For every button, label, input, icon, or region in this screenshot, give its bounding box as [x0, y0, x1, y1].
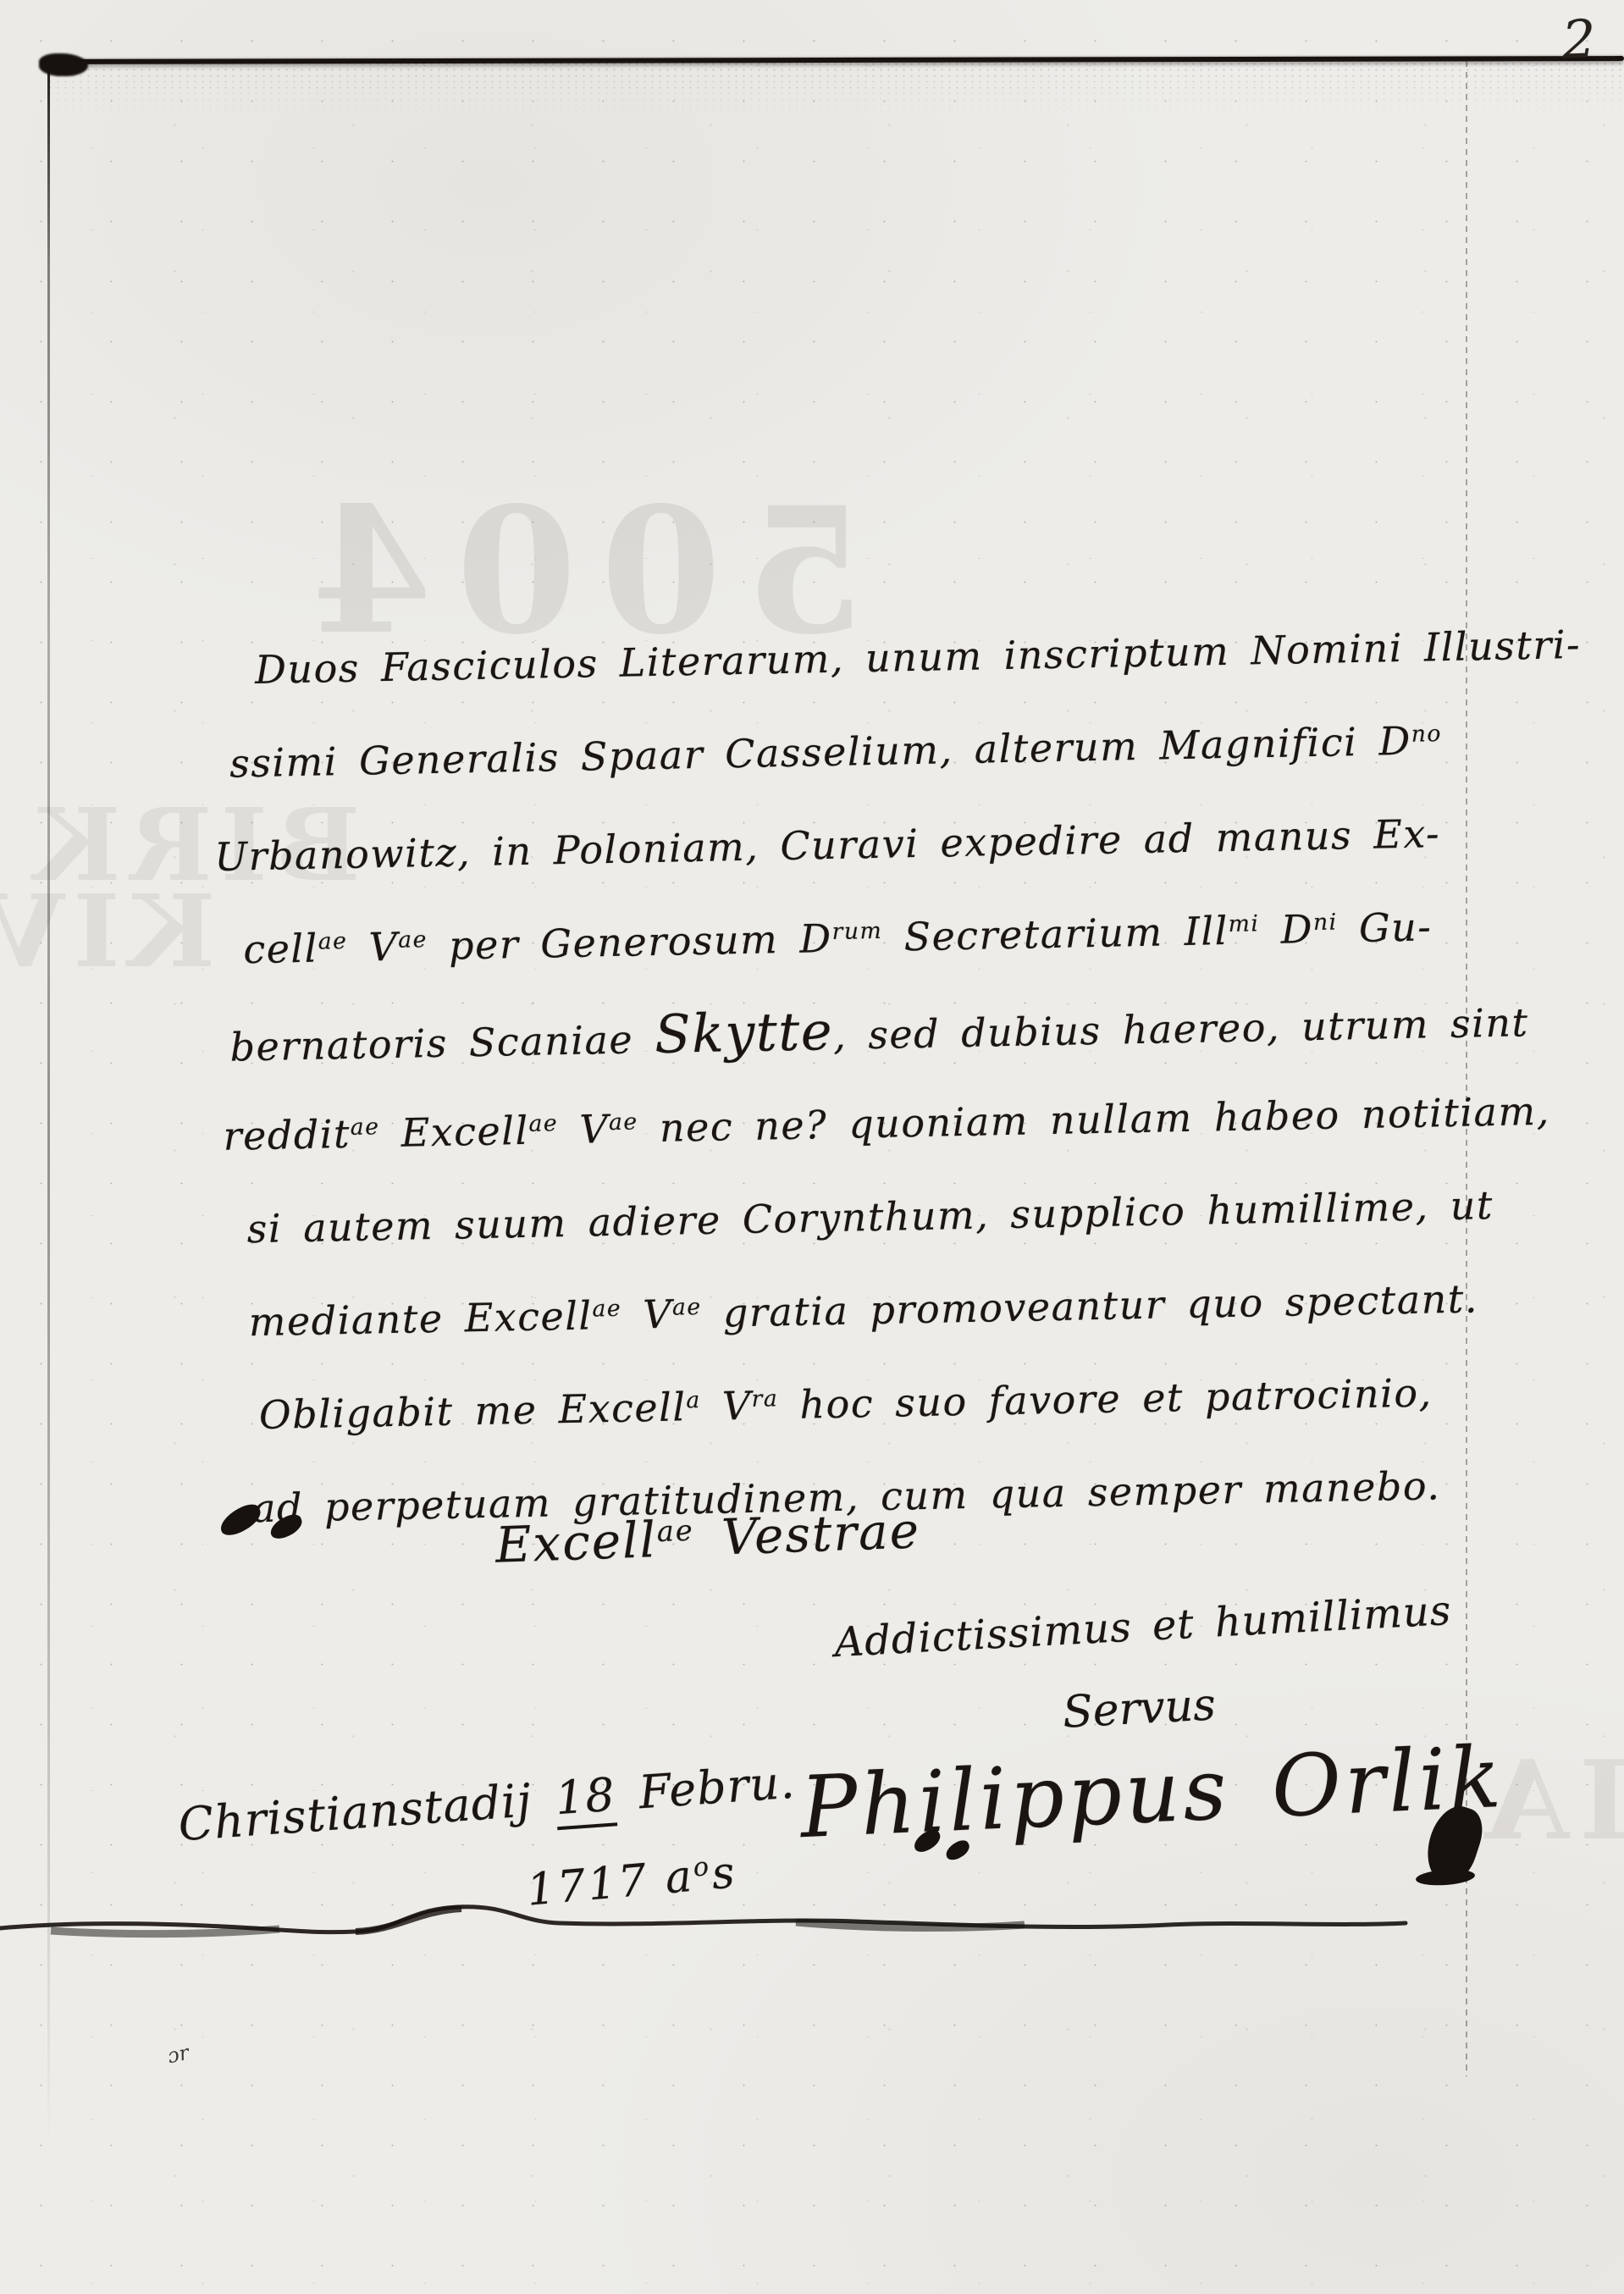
sheet-top-edge: [44, 56, 1624, 64]
closing-line-2: Servus: [1062, 1679, 1218, 1738]
dateline-place: Christianstadij 18 Febru.: [177, 1755, 797, 1852]
stray-ink-mark: ɔr: [165, 2041, 191, 2069]
closing-line-1: Addictissimus et humillimus: [833, 1587, 1453, 1667]
scan-noise-band: [47, 61, 1624, 117]
page-number: 2: [1561, 8, 1597, 70]
sheet-corner-smudge: [39, 53, 88, 76]
manuscript-scan-page: { "page_number": "2", "letter": { "body_…: [0, 0, 1624, 2294]
letter-body: Duos Fasciculos Literarum, unum inscript…: [0, 600, 1525, 1560]
signature: Philippus Orlik: [798, 1727, 1506, 1857]
